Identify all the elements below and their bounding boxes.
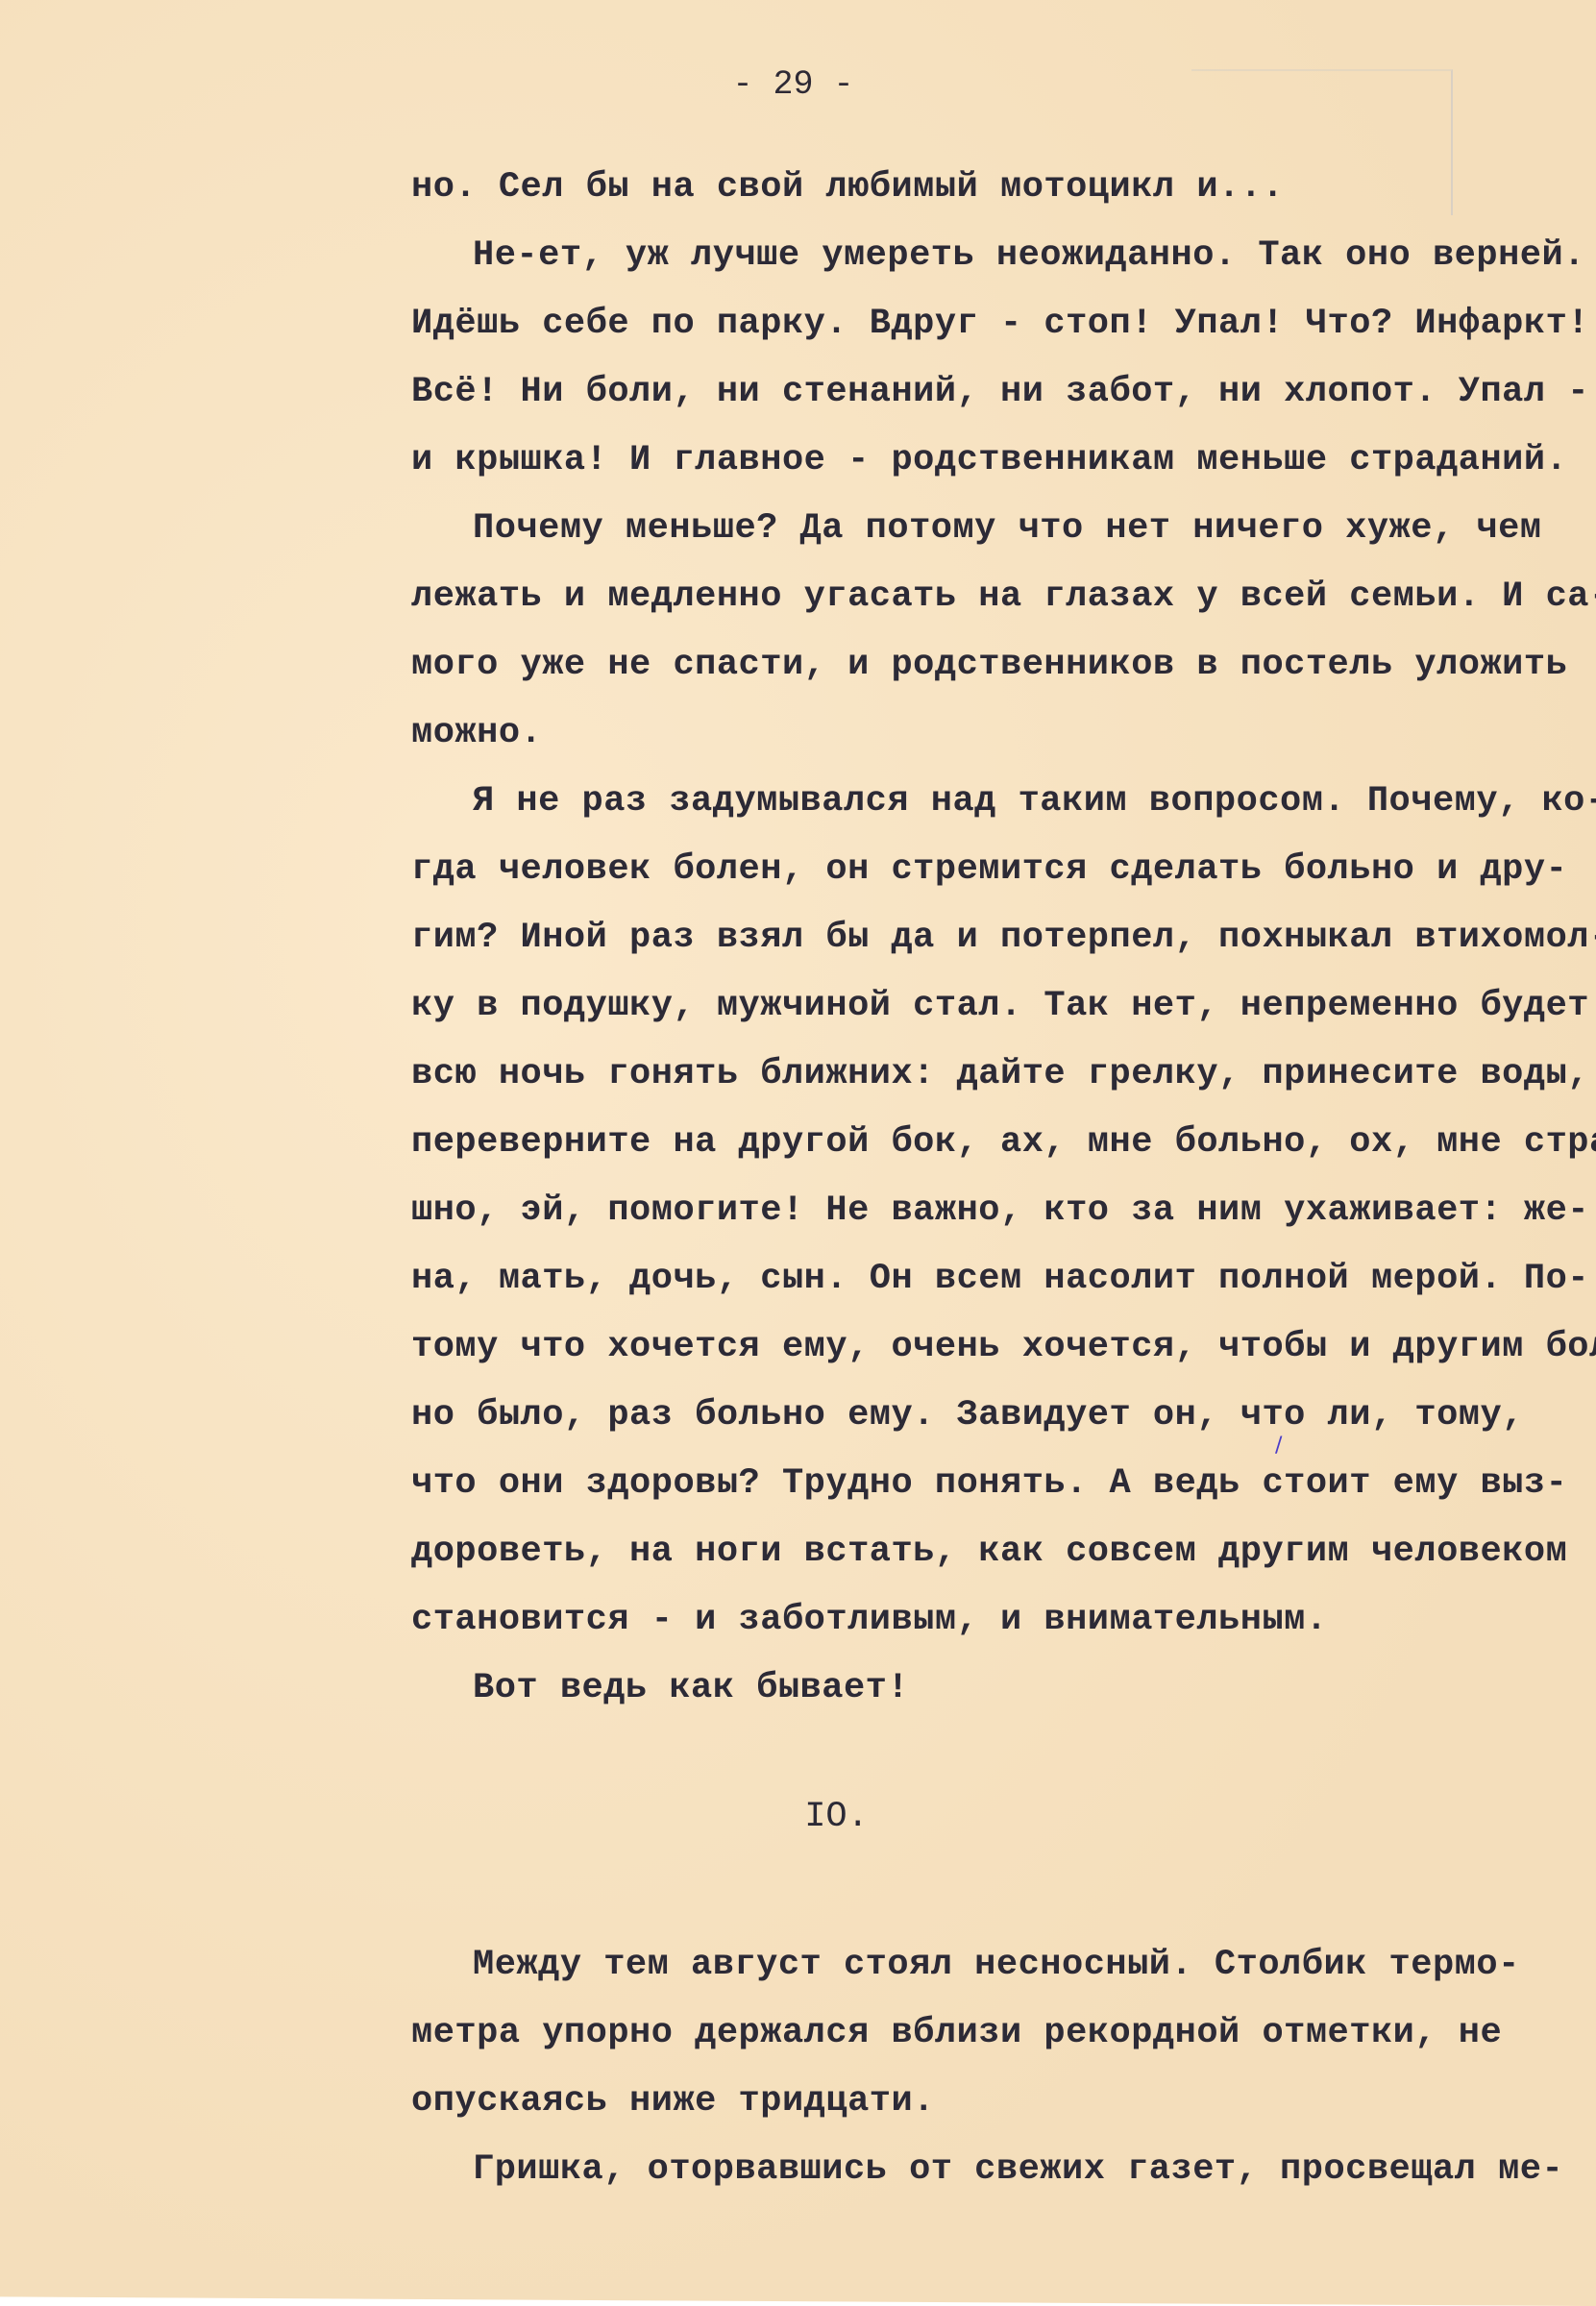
text-line: опускаясь ниже тридцати. bbox=[411, 2068, 1584, 2136]
text-line: гда человек болен, он стремится сделать … bbox=[411, 836, 1584, 904]
page-number-text: - 29 - bbox=[732, 65, 853, 104]
text-line: Не-ет, уж лучше умереть неожиданно. Так … bbox=[411, 222, 1584, 290]
body-text-after-chapter: Между тем август стоял несносный. Столби… bbox=[411, 1931, 1584, 2204]
text-line: Между тем август стоял несносный. Столби… bbox=[411, 1931, 1584, 1999]
text-line: Почему меньше? Да потому что нет ничего … bbox=[411, 495, 1584, 563]
text-line: тому что хочется ему, очень хочется, что… bbox=[411, 1313, 1584, 1382]
text-line: ку в подушку, мужчиной стал. Так нет, не… bbox=[411, 972, 1584, 1041]
page-number: - 29 - bbox=[0, 65, 1596, 104]
text-line: но было, раз больно ему. Завидует он, чт… bbox=[411, 1382, 1584, 1450]
text-line: Идёшь себе по парку. Вдруг - стоп! Упал!… bbox=[411, 290, 1584, 358]
text-line: мого уже не спасти, и родственников в по… bbox=[411, 631, 1584, 699]
text-line: и крышка! И главное - родственникам мень… bbox=[411, 427, 1584, 495]
text-line: Вот ведь как бывает! bbox=[411, 1655, 1584, 1723]
text-line: переверните на другой бок, ах, мне больн… bbox=[411, 1109, 1584, 1177]
text-line: всю ночь гонять ближних: дайте грелку, п… bbox=[411, 1041, 1584, 1109]
text-line: гим? Иной раз взял бы да и потерпел, пох… bbox=[411, 904, 1584, 972]
text-line: становится - и заботливым, и внимательны… bbox=[411, 1586, 1584, 1655]
text-line: на, мать, дочь, сын. Он всем насолит пол… bbox=[411, 1245, 1584, 1313]
text-line: что они здоровы? Трудно понять. А ведь с… bbox=[411, 1450, 1584, 1518]
chapter-number: IO. bbox=[804, 1797, 869, 1837]
body-text-before-chapter: но. Сел бы на свой любимый мотоцикл и...… bbox=[411, 154, 1584, 1723]
text-line: шно, эй, помогите! Не важно, кто за ним … bbox=[411, 1177, 1584, 1245]
text-line: лежать и медленно угасать на глазах у вс… bbox=[411, 563, 1584, 631]
text-line: но. Сел бы на свой любимый мотоцикл и... bbox=[411, 154, 1584, 222]
text-line: можно. bbox=[411, 699, 1584, 768]
text-line: Я не раз задумывался над таким вопросом.… bbox=[411, 768, 1584, 836]
chapter-heading: IO. bbox=[0, 1797, 1596, 1837]
typewritten-page: - 29 - но. Сел бы на свой любимый мотоци… bbox=[0, 0, 1596, 2306]
text-line: дороветь, на ноги встать, как совсем дру… bbox=[411, 1518, 1584, 1586]
handwritten-accent-mark: / bbox=[1275, 1434, 1282, 1458]
text-line: Всё! Ни боли, ни стенаний, ни забот, ни … bbox=[411, 358, 1584, 427]
text-line: Гришка, оторвавшись от свежих газет, про… bbox=[411, 2136, 1584, 2204]
text-line: метра упорно держался вблизи рекордной о… bbox=[411, 1999, 1584, 2068]
